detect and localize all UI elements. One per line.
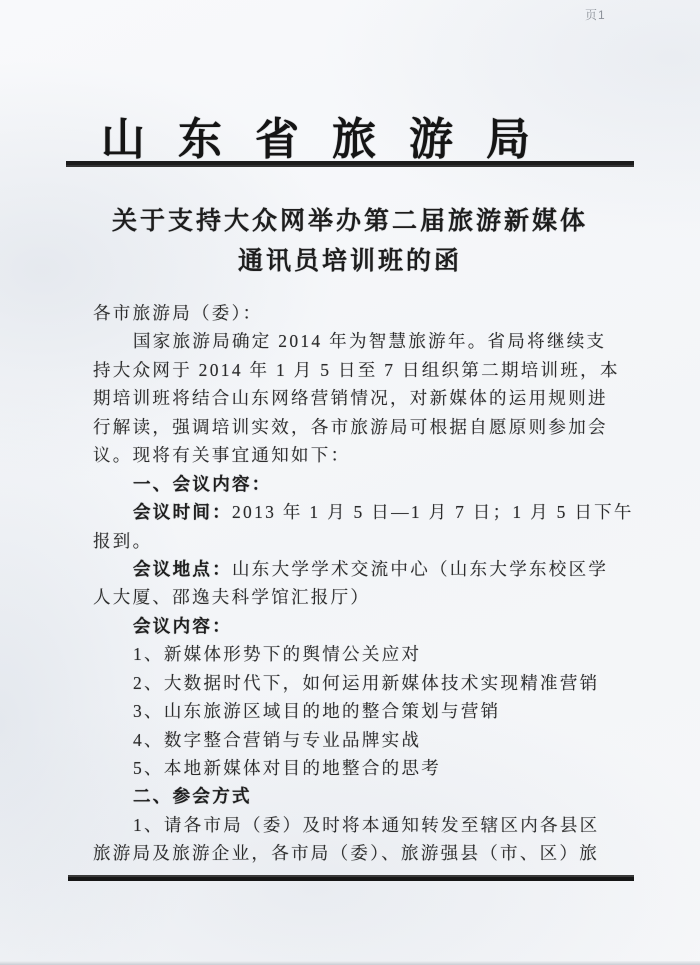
- body-line: 持大众网于 2014 年 1 月 5 日至 7 日组织第二期培训班，本: [93, 356, 638, 384]
- body-line: 3、山东旅游区域目的地的整合策划与营销: [93, 697, 638, 725]
- body-line: 1、请各市局（委）及时将本通知转发至辖区内各县区: [93, 811, 638, 839]
- body-line: 一、会议内容：: [93, 470, 638, 498]
- body-line: 国家旅游局确定 2014 年为智慧旅游年。省局将继续支: [93, 327, 638, 355]
- body-line: 4、数字整合营销与专业品牌实战: [93, 726, 638, 754]
- letterhead-org-title: 山东省旅游局: [101, 103, 563, 167]
- body-line: 2、大数据时代下，如何运用新媒体技术实现精准营销: [93, 669, 638, 697]
- body-line: 二、参会方式: [93, 782, 638, 810]
- scan-bottom-edge: [0, 961, 700, 965]
- body-line: 1、新媒体形势下的舆情公关应对: [93, 640, 638, 668]
- body-line: 会议时间：2013 年 1 月 5 日—1 月 7 日；1 月 5 日下午: [93, 498, 638, 526]
- document-body: 各市旅游局（委）：国家旅游局确定 2014 年为智慧旅游年。省局将继续支持大众网…: [93, 299, 638, 868]
- body-line: 议。现将有关事宜通知如下：: [93, 441, 638, 469]
- body-line: 会议内容：: [93, 612, 638, 640]
- body-line-label: 会议地点：: [133, 559, 232, 579]
- body-line: 人大厦、邵逸夫科学馆汇报厅）: [93, 583, 638, 611]
- body-line: 各市旅游局（委）：: [93, 299, 638, 327]
- body-line: 行解读，强调培训实效，各市旅游局可根据自愿原则参加会: [93, 413, 638, 441]
- scanned-document-page: 页1 山东省旅游局 关于支持大众网举办第二届旅游新媒体 通讯员培训班的函 各市旅…: [0, 0, 700, 965]
- letterhead-rule: [66, 161, 634, 167]
- body-line: 旅游局及旅游企业，各市局（委）、旅游强县（市、区）旅: [93, 839, 638, 867]
- document-title: 关于支持大众网举办第二届旅游新媒体 通讯员培训班的函: [0, 201, 700, 281]
- body-line: 会议地点：山东大学学术交流中心（山东大学东校区学: [93, 555, 638, 583]
- page-number-indicator: 页1: [585, 6, 606, 23]
- body-line: 期培训班将结合山东网络营销情况，对新媒体的运用规则进: [93, 384, 638, 412]
- document-title-line1: 关于支持大众网举办第二届旅游新媒体: [0, 201, 700, 241]
- body-line-label: 会议时间：: [133, 502, 232, 522]
- document-title-line2: 通讯员培训班的函: [0, 241, 700, 281]
- footer-rule: [68, 875, 634, 881]
- body-line: 报到。: [93, 527, 638, 555]
- body-line: 5、本地新媒体对目的地整合的思考: [93, 754, 638, 782]
